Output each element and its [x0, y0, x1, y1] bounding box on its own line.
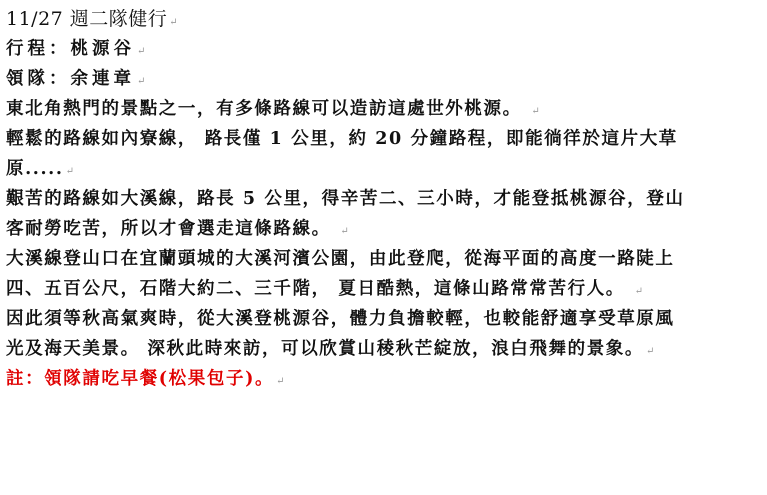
paragraph-text: 艱苦的路線如大溪線，路長 5 公里，得辛苦二、三小時，才能登抵桃源谷，登山	[6, 189, 685, 209]
paragraph-line: 大溪線登山口在宜蘭頭城的大溪河濱公園，由此登爬，從海平面的高度一路陡上	[6, 244, 761, 274]
paragraph-line: 原.....↵	[6, 154, 761, 184]
leader-line: 領隊：余連章↵	[6, 64, 761, 94]
paragraph-mark-icon: ↵	[66, 166, 74, 177]
paragraph-text: 客耐勞吃苦，所以才會選走這條路線。	[6, 219, 338, 239]
paragraph-text: 光及海天美景。 深秋此時來訪，可以欣賞山稜秋芒綻放，浪白飛舞的景象。	[6, 339, 644, 359]
paragraph-mark-icon: ↵	[137, 76, 145, 87]
paragraph-mark-icon: ↵	[169, 17, 177, 28]
paragraph-line: 光及海天美景。 深秋此時來訪，可以欣賞山稜秋芒綻放，浪白飛舞的景象。↵	[6, 334, 761, 364]
paragraph-mark-icon: ↵	[635, 286, 643, 297]
title-line: 11/27 週二隊健行↵	[6, 4, 761, 34]
note-line: 註：領隊請吃早餐(松果包子)。↵	[6, 364, 761, 394]
paragraph-text: 大溪線登山口在宜蘭頭城的大溪河濱公園，由此登爬，從海平面的高度一路陡上	[6, 249, 675, 269]
paragraph-line: 四、五百公尺，石階大約二、三千階， 夏日酷熱，這條山路常常苦行人。 ↵	[6, 274, 761, 304]
itinerary-text: 行程：桃源谷	[6, 39, 135, 59]
paragraph-line: 因此須等秋高氣爽時，從大溪登桃源谷，體力負擔較輕，也較能舒適享受草原風	[6, 304, 761, 334]
itinerary-line: 行程：桃源谷↵	[6, 34, 761, 64]
paragraph-text: 東北角熱門的景點之一，有多條路線可以造訪這處世外桃源。	[6, 99, 529, 119]
paragraph-mark-icon: ↵	[137, 46, 145, 57]
paragraph-mark-icon: ↵	[340, 226, 348, 237]
title-text: 11/27 週二隊健行	[6, 8, 167, 30]
paragraph-text: 因此須等秋高氣爽時，從大溪登桃源谷，體力負擔較輕，也較能舒適享受草原風	[6, 309, 675, 329]
paragraph-mark-icon: ↵	[276, 376, 284, 387]
paragraph-line: 客耐勞吃苦，所以才會選走這條路線。 ↵	[6, 214, 761, 244]
leader-text: 領隊：余連章	[6, 69, 135, 89]
paragraph-line: 艱苦的路線如大溪線，路長 5 公里，得辛苦二、三小時，才能登抵桃源谷，登山	[6, 184, 761, 214]
note-text: 註：領隊請吃早餐(松果包子)。	[6, 369, 274, 389]
paragraph-text: 原.....	[6, 159, 64, 179]
paragraph-line: 輕鬆的路線如內寮線， 路長僅 1 公里，約 20 分鐘路程，即能徜徉於這片大草	[6, 124, 761, 154]
document-body: 11/27 週二隊健行↵ 行程：桃源谷↵ 領隊：余連章↵ 東北角熱門的景點之一，…	[6, 4, 761, 394]
paragraph-text: 四、五百公尺，石階大約二、三千階， 夏日酷熱，這條山路常常苦行人。	[6, 279, 633, 299]
paragraph-text: 輕鬆的路線如內寮線， 路長僅 1 公里，約 20 分鐘路程，即能徜徉於這片大草	[6, 129, 678, 149]
paragraph-mark-icon: ↵	[531, 106, 539, 117]
paragraph-line: 東北角熱門的景點之一，有多條路線可以造訪這處世外桃源。 ↵	[6, 94, 761, 124]
paragraph-mark-icon: ↵	[646, 346, 654, 357]
